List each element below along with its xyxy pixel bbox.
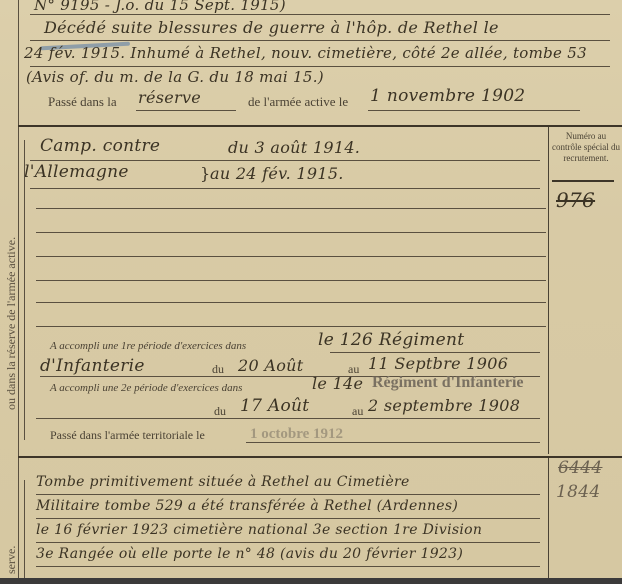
territorial-date: 1 octobre 1912 (250, 426, 343, 443)
first-period-to: 11 Septbre 1906 (368, 354, 508, 373)
rule (30, 14, 610, 15)
rule (30, 188, 540, 189)
second-period-to: 2 septembre 1908 (368, 396, 520, 415)
death-entry-line-2: Décédé suite blessures de guerre à l'hôp… (44, 18, 499, 37)
burial-note-line-4: 3e Rangée où elle porte le n° 48 (avis d… (36, 546, 463, 562)
rule (368, 110, 580, 111)
campaign-right-2: au 24 fév. 1915. (210, 164, 344, 183)
first-period-regiment: le 126 Régiment (318, 330, 464, 350)
reserve-date: 1 novembre 1902 (370, 86, 525, 106)
bottom-box-struck-number: 6444 (558, 458, 602, 478)
scan-edge (0, 578, 622, 584)
death-entry-line-4: (Avis of. du m. de la G. du 18 mai 15.) (26, 68, 324, 86)
campaign-brace: } (200, 164, 210, 183)
campaign-right-1: du 3 août 1914. (228, 138, 360, 157)
second-period-from: 17 Août (240, 396, 309, 416)
control-box-label: Numéro au contrôle spécial du recrutemen… (551, 131, 621, 164)
reserve-value: réserve (138, 88, 201, 107)
second-period-stamp: Régiment d'Infanterie (372, 374, 524, 392)
rule (36, 302, 546, 303)
first-period-regiment-2: d'Infanterie (40, 356, 145, 376)
second-period-hand: le 14e (312, 374, 363, 393)
rule (30, 160, 540, 161)
death-entry-line-1: N° 9195 - J.o. du 15 Sept. 1915) (34, 0, 286, 14)
section-divider (18, 125, 622, 127)
control-box-number: 976 (556, 188, 595, 212)
rule (30, 40, 610, 41)
rule (36, 256, 546, 257)
control-box-rule (552, 180, 614, 182)
first-period-label: A accompli une 1re période d'exercices d… (50, 340, 246, 352)
death-entry-line-3: 24 fév. 1915. Inhumé à Rethel, nouv. cim… (24, 44, 587, 62)
second-period-du: du (214, 404, 226, 419)
section-divider (18, 456, 622, 458)
rule (246, 442, 540, 443)
first-period-from: 20 Août (238, 356, 303, 375)
burial-note-line-2: Militaire tombe 529 a été transférée à R… (36, 498, 458, 514)
rule (330, 352, 540, 353)
rule (30, 66, 610, 67)
rule (36, 232, 546, 233)
rule (36, 518, 540, 519)
control-box-border (548, 127, 549, 454)
bottom-box-border (548, 458, 549, 578)
second-period-au: au (352, 404, 363, 419)
territorial-label: Passé dans l'armée territoriale le (50, 428, 205, 443)
margin-vertical-text-bottom: serve. (4, 546, 19, 574)
margin-bracket (24, 140, 25, 440)
bottom-box-number: 1844 (556, 482, 600, 502)
second-period-label: A accompli une 2e période d'exercices da… (50, 382, 242, 394)
margin-bracket-bottom (24, 480, 25, 578)
burial-note-line-1: Tombe primitivement située à Rethel au C… (36, 474, 410, 490)
rule (36, 566, 540, 567)
rule (36, 542, 540, 543)
rule (136, 110, 236, 111)
burial-note-line-3: le 16 février 1923 cimetière national 3e… (36, 522, 482, 538)
margin-vertical-text: ou dans la réserve de l'armée active. (4, 237, 19, 410)
reserve-label-mid: de l'armée active le (248, 94, 348, 110)
rule (36, 326, 546, 327)
campaign-left-2: l'Allemagne (24, 162, 129, 182)
rule (36, 280, 546, 281)
campaign-left-1: Camp. contre (40, 136, 160, 156)
first-period-du: du (212, 362, 224, 377)
reserve-label-prefix: Passé dans la (48, 94, 117, 110)
rule (36, 494, 540, 495)
rule (36, 208, 546, 209)
rule (36, 418, 540, 419)
register-page: N° 9195 - J.o. du 15 Sept. 1915) Décédé … (0, 0, 622, 578)
